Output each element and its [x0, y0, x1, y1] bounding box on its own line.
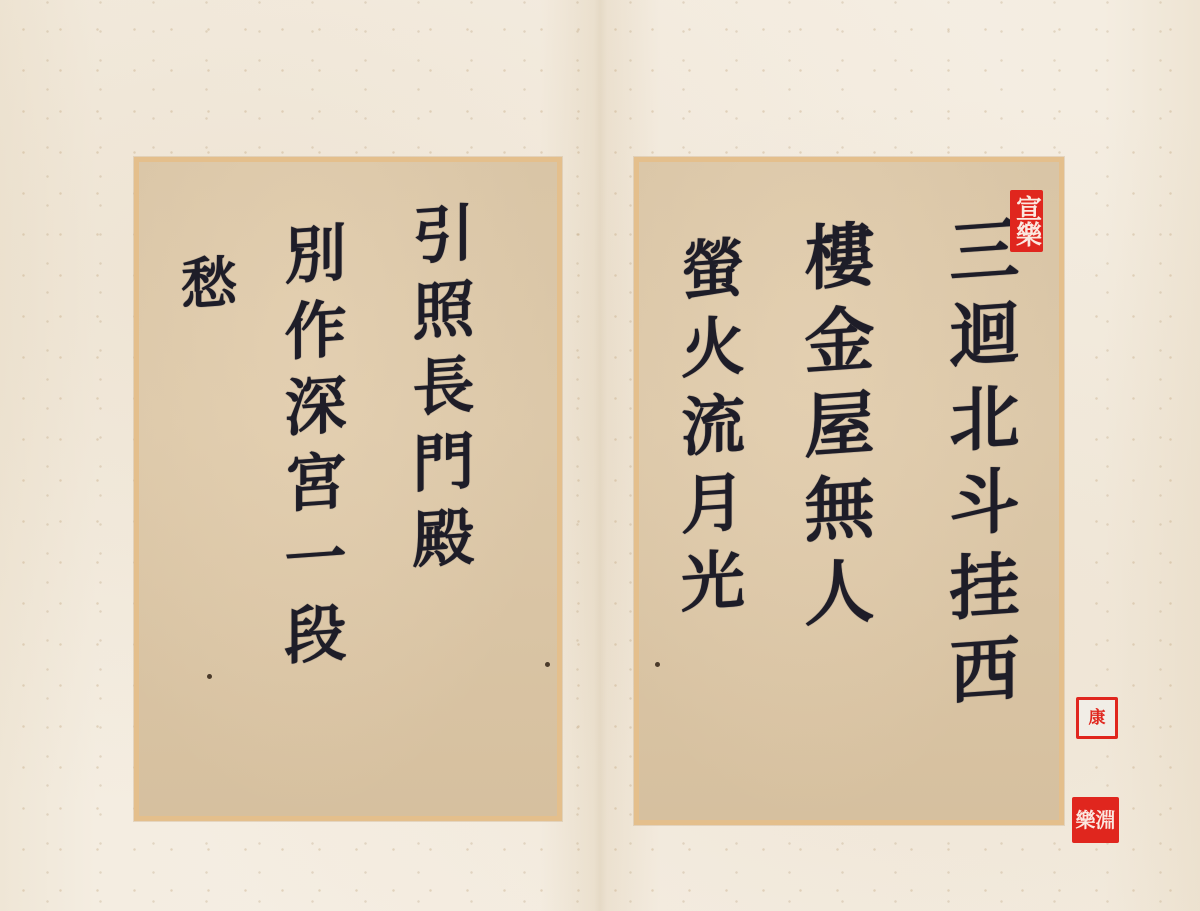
- ink-spot: [655, 662, 660, 667]
- calligraphy-column-1: 三迴北斗挂西: [944, 212, 1014, 721]
- right-calligraphy-leaf: 三迴北斗挂西 樓金屋無人 螢火流月光: [634, 157, 1064, 825]
- calligraphy-column-6: 愁: [177, 252, 233, 326]
- left-calligraphy-leaf: 引照長門殿 別作深宮一段 愁: [134, 157, 562, 821]
- ink-spot: [545, 662, 550, 667]
- calligraphy-column-4: 引照長門殿: [407, 200, 469, 584]
- calligraphy-column-2: 樓金屋無人: [799, 218, 869, 643]
- ink-spot: [207, 674, 212, 679]
- collector-seal-top: 宣樂: [1010, 190, 1043, 252]
- calligraphy-column-3: 螢火流月光: [675, 234, 739, 628]
- collector-seal-middle: 康: [1076, 697, 1118, 739]
- collector-seal-bottom: 樂淵: [1072, 797, 1119, 843]
- calligraphy-column-5: 別作深宮一段: [279, 220, 341, 680]
- album-spread: 引照長門殿 別作深宮一段 愁 三迴北斗挂西 樓金屋無人 螢火流月光 宣樂 康 樂…: [0, 0, 1200, 911]
